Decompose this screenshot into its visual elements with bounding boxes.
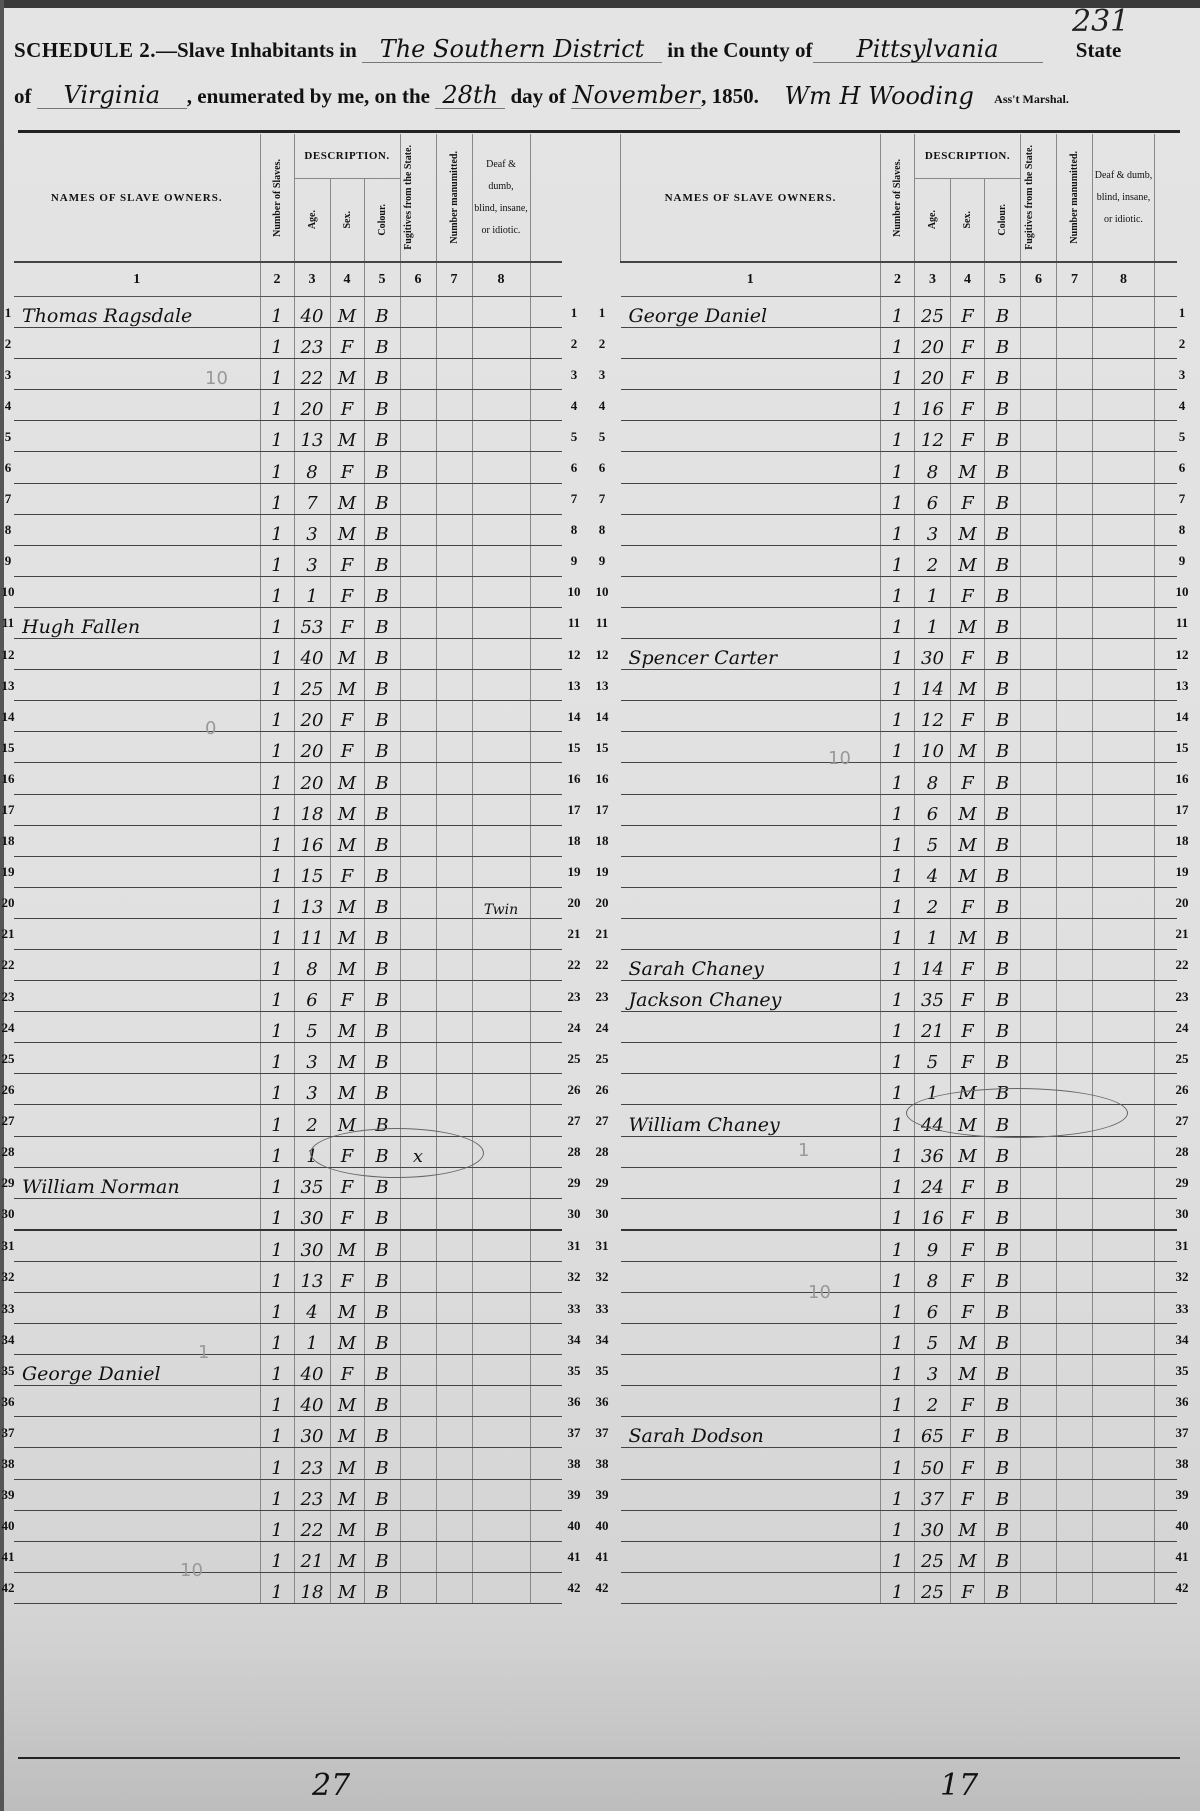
line-number: 22 [560, 957, 588, 973]
table-row: 130FB [14, 1198, 562, 1230]
line-number: 42 [588, 1580, 616, 1596]
slave-count-cell: 1 [881, 763, 915, 794]
sex-cell: F [951, 1043, 985, 1074]
sex-cell: M [951, 856, 985, 887]
line-number: 41 [560, 1549, 588, 1565]
fugitive-cell [1021, 887, 1057, 918]
line-number: 41 [1168, 1549, 1196, 1565]
manumitted-cell [436, 1324, 472, 1355]
colour-cell: B [364, 1448, 400, 1479]
slave-count-cell: 1 [881, 887, 915, 918]
colour-cell: B [985, 421, 1021, 452]
line-number: 8 [560, 522, 588, 538]
age-cell: 30 [294, 1230, 330, 1262]
fugitive-cell [400, 328, 436, 359]
slave-count-cell: 1 [881, 1355, 915, 1386]
gutter-cell [530, 1074, 562, 1105]
deaf-cell [472, 1167, 530, 1198]
line-number: 27 [588, 1113, 616, 1129]
fugitive-cell [400, 949, 436, 980]
slave-count-cell: 1 [260, 1324, 294, 1355]
col-colour-header: Colour. [985, 178, 1021, 262]
age-cell: 30 [294, 1417, 330, 1448]
deaf-cell [1093, 1479, 1155, 1510]
deaf-cell [1093, 1448, 1155, 1479]
owner-name-cell [14, 856, 260, 887]
pencil-mark: 1 [198, 1342, 209, 1363]
colour-cell: B [985, 1448, 1021, 1479]
deaf-cell [472, 1043, 530, 1074]
manumitted-cell [1057, 1230, 1093, 1262]
fugitive-cell [400, 918, 436, 949]
age-cell: 9 [915, 1230, 951, 1262]
scan-top-edge [0, 0, 1200, 8]
sex-cell: M [330, 825, 364, 856]
col-sex-header: Sex. [951, 178, 985, 262]
slave-count-cell: 1 [881, 981, 915, 1012]
slave-count-cell: 1 [881, 545, 915, 576]
line-number: 11 [588, 615, 616, 631]
slave-count-cell: 1 [881, 514, 915, 545]
line-number: 13 [588, 678, 616, 694]
age-cell: 3 [294, 1074, 330, 1105]
line-number: 24 [560, 1020, 588, 1036]
sex-cell: M [330, 887, 364, 918]
colour-cell: B [985, 794, 1021, 825]
manumitted-cell [1057, 297, 1093, 328]
colour-cell: B [364, 1417, 400, 1448]
line-number: 39 [588, 1487, 616, 1503]
sex-cell: F [951, 576, 985, 607]
sex-cell: F [951, 763, 985, 794]
gutter-cell [530, 607, 562, 638]
sex-cell: F [330, 1355, 364, 1386]
fugitive-cell [400, 1417, 436, 1448]
age-cell: 35 [915, 981, 951, 1012]
deaf-cell [472, 390, 530, 421]
line-number: 11 [0, 615, 22, 631]
sex-cell: F [951, 639, 985, 670]
deaf-cell [1093, 856, 1155, 887]
manumitted-cell [1057, 825, 1093, 856]
age-cell: 2 [915, 545, 951, 576]
deaf-cell [472, 1541, 530, 1572]
fugitive-cell [1021, 1136, 1057, 1167]
table-row: 121FB [621, 1012, 1177, 1043]
line-number: 3 [1168, 367, 1196, 383]
line-number: 18 [588, 833, 616, 849]
deaf-cell [1093, 607, 1155, 638]
slave-count-cell: 1 [260, 576, 294, 607]
sex-cell: M [951, 545, 985, 576]
gutter-cell [530, 732, 562, 763]
deaf-cell [1093, 1293, 1155, 1324]
manumitted-cell [1057, 1261, 1093, 1292]
owner-name-cell [621, 856, 881, 887]
manumitted-cell [436, 1293, 472, 1324]
table-row: 137FB [621, 1479, 1177, 1510]
line-number: 13 [560, 678, 588, 694]
col-deaf-header: Deaf & dumb,blind, insane,or idiotic. [472, 134, 530, 262]
line-number: 23 [588, 989, 616, 1005]
line-number: 42 [1168, 1580, 1196, 1596]
table-row: 12FB [621, 887, 1177, 918]
header-line-1: SCHEDULE 2.—Slave Inhabitants in The Sou… [14, 36, 1121, 63]
table-row: 13MB [14, 514, 562, 545]
deaf-cell [472, 359, 530, 390]
colour-cell: B [985, 607, 1021, 638]
owner-name-cell: Thomas Ragsdale [14, 297, 260, 328]
line-number: 25 [0, 1051, 22, 1067]
line-number: 22 [1168, 957, 1196, 973]
slave-count-cell: 1 [881, 390, 915, 421]
colour-cell: B [364, 639, 400, 670]
slave-count-cell: 1 [260, 545, 294, 576]
slave-count-cell: 1 [881, 794, 915, 825]
manumitted-cell [1057, 1448, 1093, 1479]
fugitive-cell [1021, 763, 1057, 794]
line-number: 30 [1168, 1206, 1196, 1222]
sex-cell: F [951, 421, 985, 452]
age-cell: 16 [294, 825, 330, 856]
fugitive-cell [400, 1043, 436, 1074]
colour-cell: B [985, 1324, 1021, 1355]
table-row: 120FB [621, 328, 1177, 359]
fugitive-cell [1021, 328, 1057, 359]
line-number: 10 [560, 584, 588, 600]
footer-rule [18, 1757, 1180, 1759]
sex-cell: M [330, 1479, 364, 1510]
age-cell: 40 [294, 1355, 330, 1386]
sex-cell: M [330, 483, 364, 514]
line-number: 15 [588, 740, 616, 756]
age-cell: 14 [915, 949, 951, 980]
manumitted-cell [436, 670, 472, 701]
colour-cell: B [364, 763, 400, 794]
age-cell: 22 [294, 359, 330, 390]
sex-cell: M [951, 452, 985, 483]
colour-cell: B [985, 1012, 1021, 1043]
gutter-cell [530, 576, 562, 607]
slave-count-cell: 1 [881, 359, 915, 390]
line-number: 36 [0, 1394, 22, 1410]
manumitted-cell [436, 1074, 472, 1105]
fugitive-cell [400, 1572, 436, 1603]
manumitted-cell [436, 1012, 472, 1043]
manumitted-cell [1057, 1572, 1093, 1603]
sex-cell: F [951, 1448, 985, 1479]
age-cell: 35 [294, 1167, 330, 1198]
colour-cell: B [364, 825, 400, 856]
table-row: 113MB [14, 421, 562, 452]
col-colour-header: Colour. [364, 178, 400, 262]
slave-count-cell: 1 [260, 1355, 294, 1386]
deaf-cell [472, 1510, 530, 1541]
sex-cell: F [951, 1293, 985, 1324]
age-cell: 20 [294, 701, 330, 732]
line-number: 8 [1168, 522, 1196, 538]
owner-name-cell [14, 763, 260, 794]
owner-name-cell [14, 421, 260, 452]
table-row: Sarah Dodson165FB [621, 1417, 1177, 1448]
sex-cell: M [330, 918, 364, 949]
deaf-cell [1093, 483, 1155, 514]
line-number: 3 [560, 367, 588, 383]
deaf-cell [472, 949, 530, 980]
sex-cell: M [951, 607, 985, 638]
manumitted-cell [436, 732, 472, 763]
table-row: George Daniel140FB [14, 1355, 562, 1386]
deaf-cell [472, 421, 530, 452]
line-number: 28 [560, 1144, 588, 1160]
table-row: 130MB [14, 1417, 562, 1448]
deaf-cell [1093, 1510, 1155, 1541]
colour-cell: B [364, 1261, 400, 1292]
colour-cell: B [985, 328, 1021, 359]
fugitive-cell [400, 1074, 436, 1105]
deaf-cell [1093, 1136, 1155, 1167]
owner-name-cell [14, 1448, 260, 1479]
circle-annotation [906, 1088, 1128, 1138]
deaf-cell [1093, 701, 1155, 732]
line-number: 20 [1168, 895, 1196, 911]
deaf-cell [472, 1261, 530, 1292]
owner-name-cell [14, 981, 260, 1012]
fugitive-cell [1021, 452, 1057, 483]
table-row: 12FB [621, 1386, 1177, 1417]
manumitted-cell [1057, 1386, 1093, 1417]
deaf-cell [472, 576, 530, 607]
deaf-cell [1093, 297, 1155, 328]
age-cell: 1 [915, 607, 951, 638]
col-number-header: Number of Slaves. [260, 134, 294, 262]
age-cell: 13 [294, 1261, 330, 1292]
colour-cell: B [985, 981, 1021, 1012]
state-field: Virginia [37, 82, 187, 109]
line-number: 14 [560, 709, 588, 725]
table-row: 15MB [621, 1324, 1177, 1355]
age-cell: 20 [294, 390, 330, 421]
slave-count-cell: 1 [260, 887, 294, 918]
gutter-cell [530, 1572, 562, 1603]
line-number: 14 [1168, 709, 1196, 725]
table-row: 11MB [621, 607, 1177, 638]
line-number: 42 [0, 1580, 22, 1596]
line-number: 31 [560, 1238, 588, 1254]
slave-count-cell: 1 [260, 1510, 294, 1541]
line-number: 20 [560, 895, 588, 911]
line-number: 15 [0, 740, 22, 756]
manumitted-cell [436, 701, 472, 732]
slave-count-cell: 1 [881, 1448, 915, 1479]
sex-cell: F [951, 359, 985, 390]
manumitted-cell [1057, 887, 1093, 918]
owner-name-cell: Spencer Carter [621, 639, 881, 670]
owner-name-cell [621, 421, 881, 452]
age-cell: 24 [915, 1167, 951, 1198]
colour-cell: B [364, 1198, 400, 1230]
colour-cell: B [985, 1136, 1021, 1167]
owner-name-cell [621, 483, 881, 514]
line-number: 22 [0, 957, 22, 973]
slave-count-cell: 1 [260, 1198, 294, 1230]
age-cell: 53 [294, 607, 330, 638]
deaf-cell [472, 452, 530, 483]
age-cell: 5 [294, 1012, 330, 1043]
table-row: 18MB [14, 949, 562, 980]
owner-name-cell [621, 1012, 881, 1043]
age-cell: 20 [915, 359, 951, 390]
manumitted-cell [1057, 1417, 1093, 1448]
table-row: 12MB [621, 545, 1177, 576]
colour-cell: B [364, 856, 400, 887]
line-number: 34 [1168, 1332, 1196, 1348]
colour-cell: B [985, 452, 1021, 483]
fugitive-cell [400, 576, 436, 607]
colour-cell: B [364, 1541, 400, 1572]
table-row: 130MB [621, 1510, 1177, 1541]
colour-cell: B [985, 887, 1021, 918]
fugitive-cell [400, 359, 436, 390]
owner-name-cell [621, 1541, 881, 1572]
age-cell: 8 [915, 452, 951, 483]
line-number: 39 [0, 1487, 22, 1503]
table-row: 18FB [14, 452, 562, 483]
line-number: 29 [0, 1175, 22, 1191]
deaf-cell [1093, 545, 1155, 576]
deaf-cell [472, 639, 530, 670]
line-number: 2 [1168, 336, 1196, 352]
line-number: 16 [560, 771, 588, 787]
gutter-cell [530, 639, 562, 670]
line-number-gutter [530, 134, 562, 262]
table-row: 120FB [14, 390, 562, 421]
age-cell: 40 [294, 1386, 330, 1417]
owner-name-cell [14, 1136, 260, 1167]
slave-count-cell: 1 [260, 421, 294, 452]
sex-cell: F [330, 452, 364, 483]
left-table-body: Thomas Ragsdale140MB123FB122MB120FB113MB… [14, 297, 562, 1604]
owner-name-cell: George Daniel [14, 1355, 260, 1386]
gutter-cell [530, 1012, 562, 1043]
manumitted-cell [436, 452, 472, 483]
line-number: 26 [1168, 1082, 1196, 1098]
sex-cell: M [951, 1355, 985, 1386]
line-number: 10 [588, 584, 616, 600]
deaf-cell [1093, 390, 1155, 421]
line-number: 39 [560, 1487, 588, 1503]
manumitted-cell [1057, 607, 1093, 638]
line-number: 29 [1168, 1175, 1196, 1191]
line-number: 28 [1168, 1144, 1196, 1160]
line-number: 33 [588, 1301, 616, 1317]
fugitive-cell [400, 825, 436, 856]
sex-cell: F [330, 576, 364, 607]
line-number: 35 [588, 1363, 616, 1379]
colour-cell: B [985, 1261, 1021, 1292]
deaf-cell [472, 1230, 530, 1262]
slave-count-cell: 1 [260, 359, 294, 390]
owner-name-cell [14, 1012, 260, 1043]
line-number: 23 [0, 989, 22, 1005]
deaf-cell [472, 794, 530, 825]
deaf-cell [1093, 1198, 1155, 1230]
line-number: 1 [588, 305, 616, 321]
slave-count-cell: 1 [881, 1386, 915, 1417]
table-row: 123MB [14, 1448, 562, 1479]
fugitive-cell [400, 732, 436, 763]
colour-cell: B [985, 670, 1021, 701]
line-number: 7 [560, 491, 588, 507]
colour-cell: B [985, 1541, 1021, 1572]
owner-name-cell [14, 825, 260, 856]
age-cell: 3 [294, 545, 330, 576]
age-cell: 23 [294, 1479, 330, 1510]
colour-cell: B [364, 701, 400, 732]
slave-count-cell: 1 [260, 639, 294, 670]
col-manumitted-header: Number manumitted. [436, 134, 472, 262]
gutter-cell [530, 1167, 562, 1198]
line-number: 37 [560, 1425, 588, 1441]
manumitted-cell [1057, 1167, 1093, 1198]
deaf-cell [472, 763, 530, 794]
manumitted-cell [1057, 1510, 1093, 1541]
fugitive-cell [400, 1261, 436, 1292]
deaf-cell [1093, 981, 1155, 1012]
table-row: 123FB [14, 328, 562, 359]
of-label: of [14, 84, 32, 108]
fugitive-cell [1021, 825, 1057, 856]
age-cell: 20 [294, 763, 330, 794]
owner-name-cell [621, 1136, 881, 1167]
line-number: 6 [1168, 460, 1196, 476]
line-number: 40 [560, 1518, 588, 1534]
manumitted-cell [1057, 856, 1093, 887]
owner-name-cell [14, 639, 260, 670]
right-table-body: George Daniel125FB120FB120FB116FB112FB18… [621, 297, 1177, 1604]
line-number: 6 [0, 460, 22, 476]
slave-count-cell: 1 [260, 514, 294, 545]
fugitive-cell [400, 1230, 436, 1262]
owner-name-cell [14, 1074, 260, 1105]
fugitive-cell [400, 1510, 436, 1541]
manumitted-cell [436, 887, 472, 918]
deaf-cell [1093, 639, 1155, 670]
line-number: 29 [588, 1175, 616, 1191]
age-cell: 40 [294, 297, 330, 328]
col-age-header: Age. [294, 178, 330, 262]
owner-name-cell [14, 1261, 260, 1292]
gutter-cell [530, 918, 562, 949]
colour-cell: B [364, 1230, 400, 1262]
age-cell: 1 [294, 576, 330, 607]
sex-cell: M [330, 1417, 364, 1448]
colour-cell: B [364, 1572, 400, 1603]
manumitted-cell [436, 1386, 472, 1417]
sex-cell: F [330, 856, 364, 887]
table-row: 124FB [621, 1167, 1177, 1198]
table-row: 15FB [621, 1043, 1177, 1074]
slave-count-cell: 1 [881, 1293, 915, 1324]
fugitive-cell [1021, 576, 1057, 607]
line-number: 12 [1168, 647, 1196, 663]
line-number: 18 [0, 833, 22, 849]
deaf-cell [1093, 732, 1155, 763]
table-row: 140MB [14, 639, 562, 670]
table-row: 115FB [14, 856, 562, 887]
manumitted-cell [1057, 701, 1093, 732]
slave-count-cell: 1 [881, 1510, 915, 1541]
